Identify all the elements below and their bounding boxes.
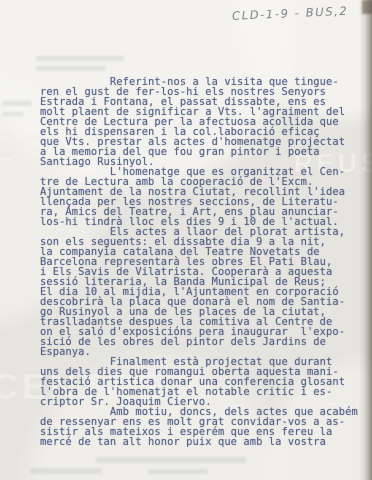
- bleed-through-mark: [36, 66, 106, 71]
- scanned-letter-page: CENTRE REUS CENTRE REUS CLD-1-9 - BUS,2 …: [0, 0, 372, 480]
- letter-paragraph-3: Els actes a llaor del plorat artista, so…: [40, 227, 358, 357]
- letter-paragraph-1: Referint-nos a la visita que tingue- ren…: [40, 77, 358, 167]
- letter-paragraph-2: L'homenatge que es organitzat el Cen- tr…: [40, 167, 358, 227]
- bleed-through-mark: [2, 101, 32, 106]
- bleed-through-mark: [96, 457, 246, 463]
- page-edge-corner: [362, 0, 372, 14]
- letter-paragraph-5: Amb motiu, doncs, dels actes que acabém …: [40, 407, 358, 447]
- bleed-through-mark: [36, 56, 124, 61]
- bleed-through-mark: [30, 468, 102, 474]
- letter-paragraph-4: Finalment està projectat que durant uns …: [40, 357, 358, 407]
- archival-reference-annotation: CLD-1-9 - BUS,2: [232, 3, 362, 23]
- letter-body: Referint-nos a la visita que tingue- ren…: [40, 77, 358, 447]
- bleed-through-mark: [148, 469, 208, 474]
- bleed-through-mark: [2, 112, 24, 116]
- page-edge-shadow: [359, 0, 372, 480]
